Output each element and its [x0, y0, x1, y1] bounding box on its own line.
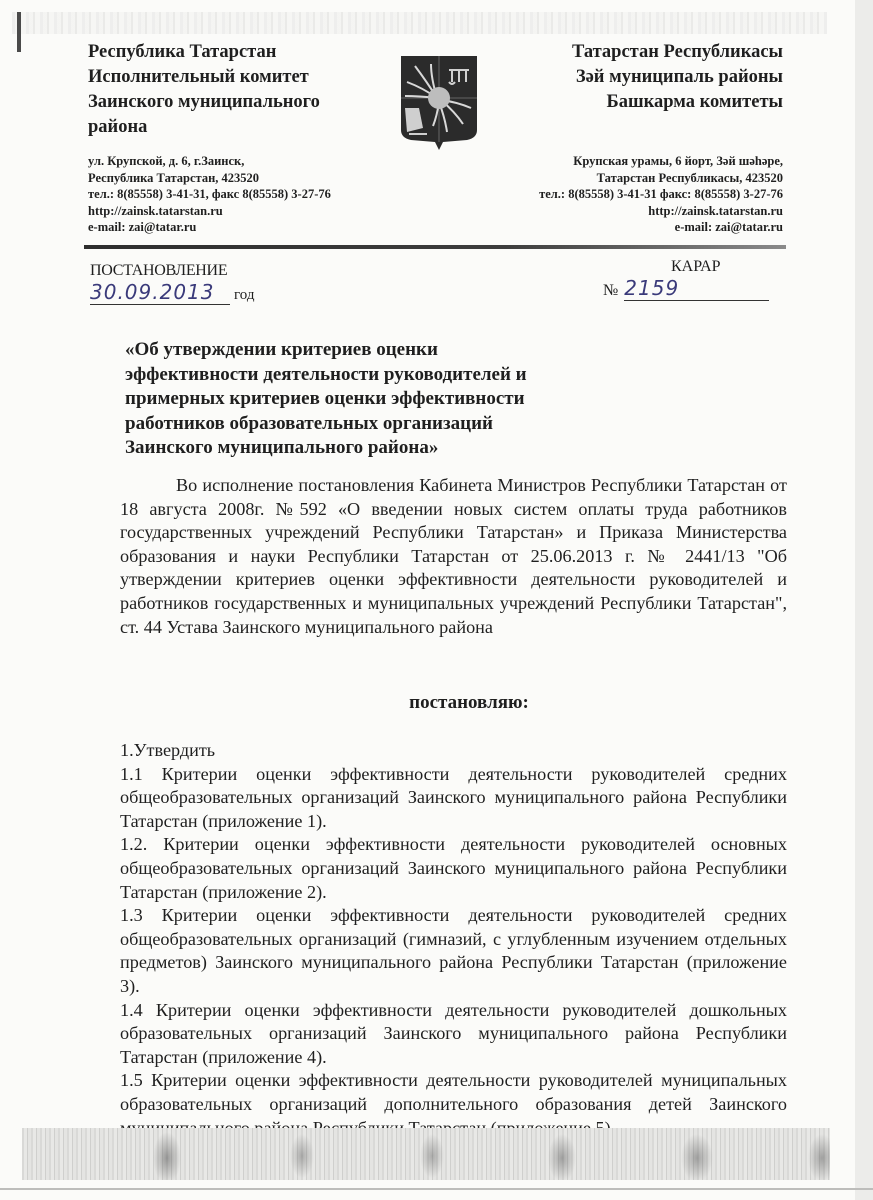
scan-noise-bottom: [22, 1128, 830, 1180]
decree-item: 1.3 Критерии оценки эффективности деятел…: [120, 904, 787, 998]
header-right-line: Татарстан Республикасы: [483, 40, 783, 65]
decree-date-block: ПОСТАНОВЛЕНИЕ 30.09.2013год: [90, 262, 254, 302]
decree-item: 1.2. Критерии оценки эффективности деяте…: [120, 833, 787, 904]
scan-edge-bottom: [0, 1188, 873, 1190]
address-left: ул. Крупской, д. 6, г.Заинск, Республика…: [88, 153, 388, 236]
header-left-line: Исполнительный комитет: [88, 65, 388, 90]
address-right: Крупская урамы, 6 йорт, Зәй шәһәре, Тата…: [453, 153, 783, 236]
scan-edge: [855, 0, 873, 1200]
address-line: Крупская урамы, 6 йорт, Зәй шәһәре,: [453, 153, 783, 170]
preamble-paragraph: Во исполнение постановления Кабинета Мин…: [120, 474, 787, 639]
decree-item: 1.1 Критерии оценки эффективности деятел…: [120, 763, 787, 834]
number-sign: №: [603, 282, 618, 299]
resolve-heading: постановляю:: [0, 692, 873, 714]
decree-type-label: ПОСТАНОВЛЕНИЕ: [90, 262, 254, 280]
header-left-org: Республика Татарстан Исполнительный коми…: [88, 40, 388, 140]
decree-item: 1.Утвердить: [120, 739, 787, 763]
header-left-line: Республика Татарстан: [88, 40, 388, 65]
document-title: «Об утверждении критериев оценки эффекти…: [125, 338, 575, 461]
decree-number: 2159: [624, 276, 679, 300]
address-website: http://zainsk.tatarstan.ru: [453, 203, 783, 220]
address-email: e-mail: zai@tatar.ru: [453, 219, 783, 236]
address-website: http://zainsk.tatarstan.ru: [88, 203, 388, 220]
address-line: Татарстан Республикасы, 423520: [453, 170, 783, 187]
header-left-line: Заинского муниципального: [88, 90, 388, 115]
scan-noise-top: [12, 12, 827, 34]
address-phone: тел.: 8(85558) 3-41-31, факс 8(85558) 3-…: [88, 186, 388, 203]
address-line: ул. Крупской, д. 6, г.Заинск,: [88, 153, 388, 170]
address-phone: тел.: 8(85558) 3-41-31 факс: 8(85558) 3-…: [453, 186, 783, 203]
header-right-line: Башкарма комитеты: [483, 90, 783, 115]
decree-item: 1.4 Критерии оценки эффективности деятел…: [120, 999, 787, 1070]
header-right-line: Зәй муниципаль районы: [483, 65, 783, 90]
address-line: Республика Татарстан, 423520: [88, 170, 388, 187]
decree-type-label-tatar: КАРАР: [671, 258, 721, 276]
header-left-line: района: [88, 115, 388, 140]
scan-mark: [17, 12, 21, 52]
decree-date: 30.09.2013: [90, 280, 215, 304]
year-suffix: год: [234, 287, 254, 303]
document-page: Республика Татарстан Исполнительный коми…: [0, 0, 873, 1200]
address-email: e-mail: zai@tatar.ru: [88, 219, 388, 236]
header-divider: [84, 245, 786, 249]
decree-items: 1.Утвердить 1.1 Критерии оценки эффектив…: [120, 739, 787, 1140]
coat-of-arms-icon: [397, 52, 481, 152]
header-right-org: Татарстан Республикасы Зәй муниципаль ра…: [483, 40, 783, 115]
